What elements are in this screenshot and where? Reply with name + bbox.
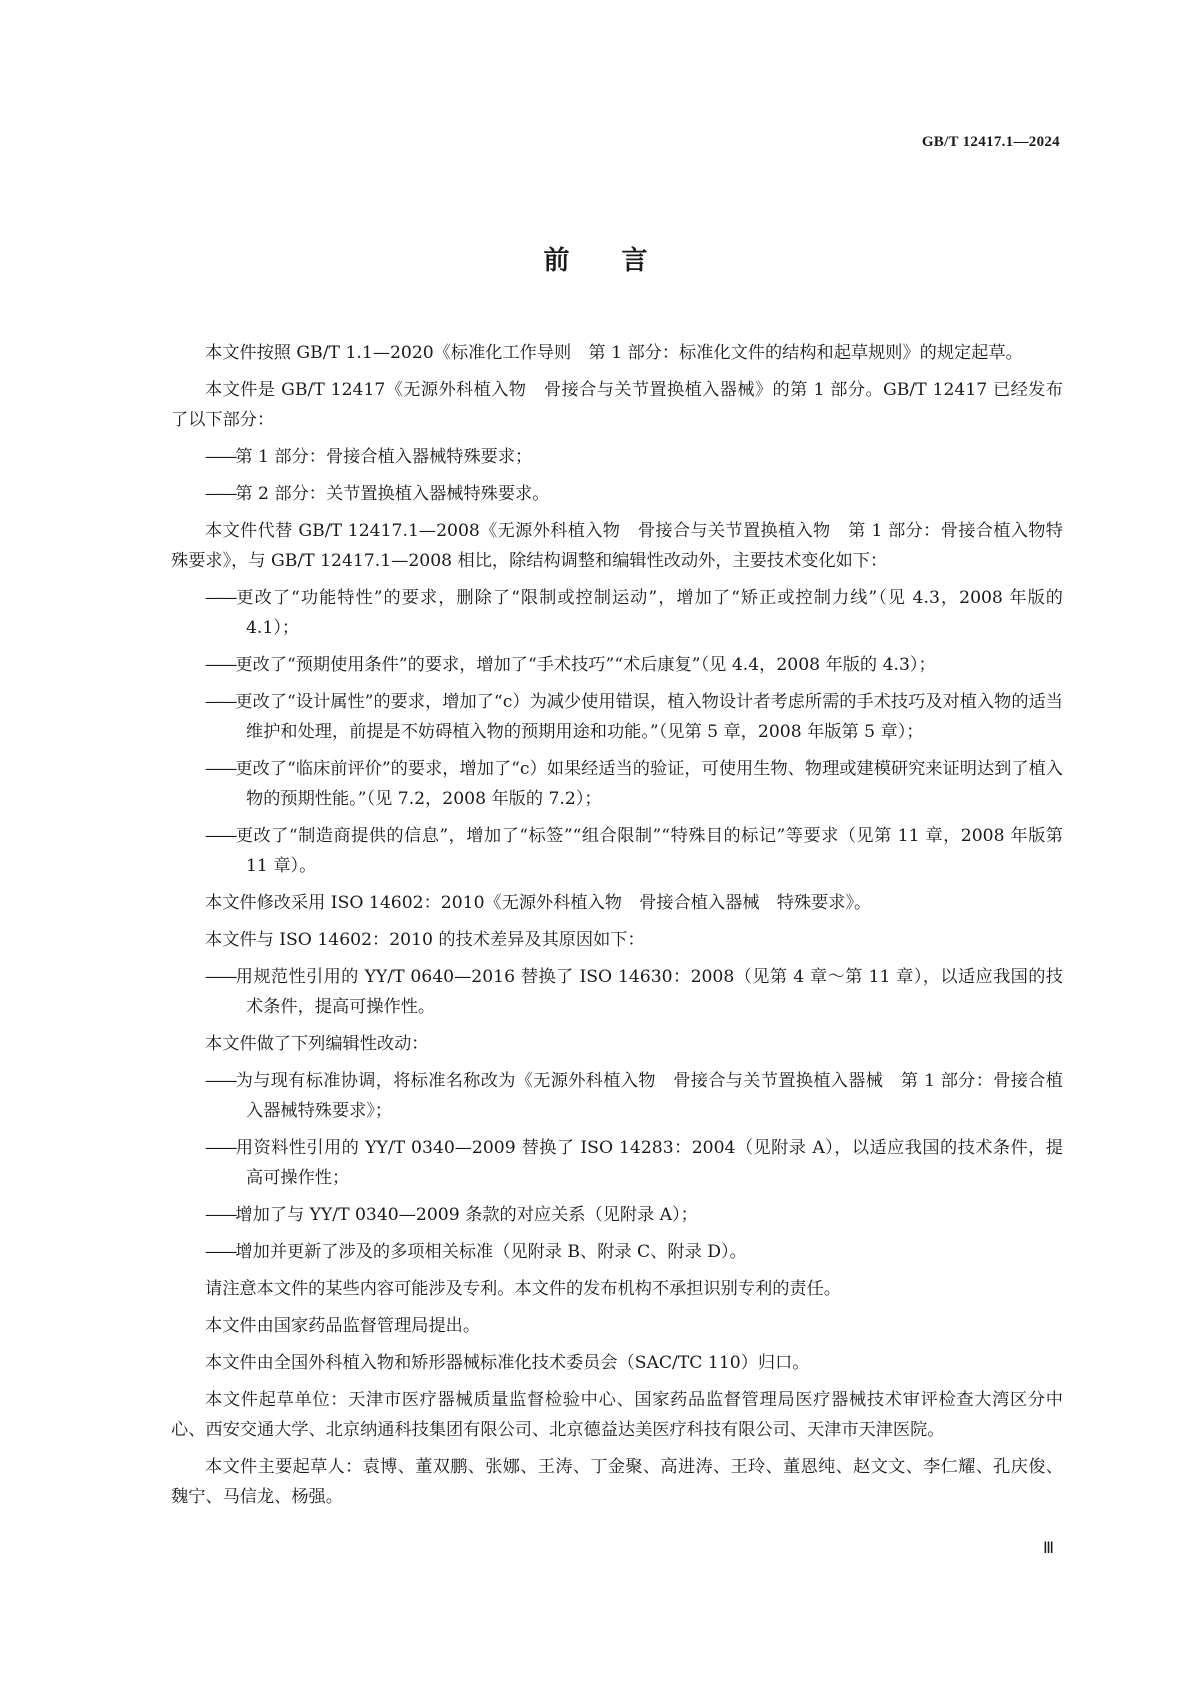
dash-bullet: —— [205, 1071, 235, 1091]
list-item: ——增加并更新了涉及的多项相关标准（见附录 B、附录 C、附录 D）。 [205, 1237, 1063, 1267]
dash-bullet: —— [205, 1138, 235, 1158]
list-item: ——用规范性引用的 YY/T 0640—2016 替换了 ISO 14630：2… [205, 962, 1063, 1022]
page-number: Ⅲ [1043, 1538, 1054, 1558]
dash-bullet: —— [205, 655, 235, 675]
dash-bullet: —— [205, 588, 235, 608]
paragraph: 本文件与 ISO 14602：2010 的技术差异及其原因如下： [171, 925, 1063, 955]
paragraph: 请注意本文件的某些内容可能涉及专利。本文件的发布机构不承担识别专利的责任。 [171, 1274, 1063, 1304]
list-item: ——更改了“临床前评价”的要求，增加了“c）如果经适当的验证，可使用生物、物理或… [205, 754, 1063, 814]
paragraph: 本文件代替 GB/T 12417.1—2008《无源外科植入物 骨接合与关节置换… [171, 516, 1063, 576]
list-item: ——第 2 部分：关节置换植入器械特殊要求。 [205, 479, 1063, 509]
dash-bullet: —— [205, 1205, 235, 1225]
paragraph: 本文件按照 GB/T 1.1—2020《标准化工作导则 第 1 部分：标准化文件… [171, 338, 1063, 368]
list-item: ——用资料性引用的 YY/T 0340—2009 替换了 ISO 14283：2… [205, 1133, 1063, 1193]
dash-bullet: —— [205, 967, 235, 987]
paragraph: 本文件主要起草人：袁博、董双鹏、张娜、王涛、丁金聚、高进涛、王玲、董恩纯、赵文文… [171, 1452, 1063, 1512]
dash-bullet: —— [205, 484, 235, 504]
standard-code: GB/T 12417.1—2024 [922, 134, 1060, 151]
paragraph: 本文件做了下列编辑性改动： [171, 1029, 1063, 1059]
list-item: ——更改了“制造商提供的信息”，增加了“标签”“组合限制”“特殊目的标记”等要求… [205, 821, 1063, 881]
list-item: ——更改了“设计属性”的要求，增加了“c）为减少使用错误，植入物设计者考虑所需的… [205, 687, 1063, 747]
paragraph: 本文件由全国外科植入物和矫形器械标准化技术委员会（SAC/TC 110）归口。 [171, 1348, 1063, 1378]
list-item: ——为与现有标准协调，将标准名称改为《无源外科植入物 骨接合与关节置换植入器械 … [205, 1066, 1063, 1126]
dash-bullet: —— [205, 1242, 235, 1262]
paragraph: 本文件是 GB/T 12417《无源外科植入物 骨接合与关节置换植入器械》的第 … [171, 375, 1063, 435]
dash-bullet: —— [205, 759, 235, 779]
page-title: 前言 [0, 240, 1191, 277]
foreword-body: 本文件按照 GB/T 1.1—2020《标准化工作导则 第 1 部分：标准化文件… [171, 338, 1063, 1519]
paragraph: 本文件由国家药品监督管理局提出。 [171, 1311, 1063, 1341]
paragraph: 本文件修改采用 ISO 14602：2010《无源外科植入物 骨接合植入器械 特… [171, 888, 1063, 918]
paragraph: 本文件起草单位：天津市医疗器械质量监督检验中心、国家药品监督管理局医疗器械技术审… [171, 1385, 1063, 1445]
dash-bullet: —— [205, 692, 235, 712]
list-item: ——第 1 部分：骨接合植入器械特殊要求； [205, 442, 1063, 472]
list-item: ——更改了“功能特性”的要求，删除了“限制或控制运动”，增加了“矫正或控制力线”… [205, 583, 1063, 643]
list-item: ——增加了与 YY/T 0340—2009 条款的对应关系（见附录 A）； [205, 1200, 1063, 1230]
dash-bullet: —— [205, 447, 235, 467]
dash-bullet: —— [205, 826, 235, 846]
list-item: ——更改了“预期使用条件”的要求，增加了“手术技巧”“术后康复”（见 4.4，2… [205, 650, 1063, 680]
